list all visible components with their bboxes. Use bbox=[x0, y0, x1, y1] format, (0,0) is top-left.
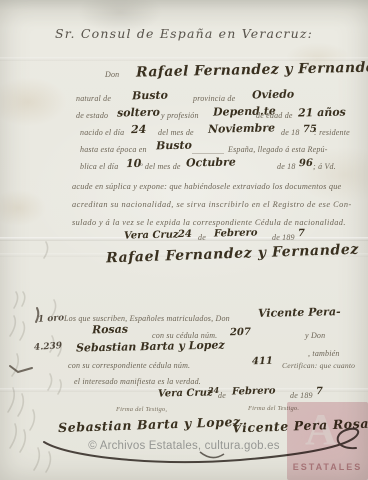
dateline-year: 7 bbox=[298, 228, 305, 239]
scanned-document-page: Sr. Consul de España en Veracruz: Don Ra… bbox=[0, 0, 368, 480]
label-residente: : residente bbox=[314, 128, 350, 137]
blank-rule bbox=[192, 153, 224, 154]
applicant-name: Rafael Fernandez y Fernandez bbox=[136, 59, 368, 80]
margin-note-2: 4.239 bbox=[34, 341, 63, 353]
province-entry: Oviedo bbox=[252, 88, 294, 102]
birth-day-entry: 24 bbox=[131, 123, 147, 136]
witness1-name-part1: Vicente Pera- bbox=[258, 305, 341, 320]
label-certifican: Certifican: que cuanto bbox=[282, 361, 355, 370]
birth-month-entry: Noviembre bbox=[208, 121, 275, 135]
label-a-vd: ; á Vd. bbox=[313, 162, 336, 171]
certificate-intro: Los que suscriben, Españoles matriculado… bbox=[64, 314, 230, 323]
label-de-edad-de: de edad de bbox=[256, 111, 293, 120]
dateline2-de-189: de 189 bbox=[290, 391, 313, 400]
birthplace-entry: Busto bbox=[132, 89, 168, 103]
label-hasta-esta-epoca: hasta esta época en bbox=[80, 145, 147, 154]
witness2-name-entry: Sebastian Barta y Lopez bbox=[76, 338, 225, 354]
margin-note-1: 1 oro bbox=[38, 313, 65, 325]
dateline-month: Febrero bbox=[214, 228, 258, 240]
dateline-place: Vera Cruz bbox=[124, 229, 179, 241]
dateline-de-189: de 189 bbox=[272, 233, 295, 242]
dateline2-de: de bbox=[218, 391, 226, 400]
label-nacido-el-dia: nacido el día bbox=[80, 128, 124, 137]
label-de-estado: de estado bbox=[76, 111, 108, 120]
applicant-signature: Rafael Fernandez y Fernandez bbox=[106, 242, 359, 267]
dateline-de: de bbox=[198, 233, 206, 242]
stamp-text: ESTATALES bbox=[287, 462, 368, 472]
dateline2-place: Vera Cruz bbox=[158, 387, 213, 399]
certificate-closing: el interesado manifiesta es la verdad. bbox=[74, 377, 201, 386]
archive-watermark: © Archivos Estatales, cultura.gob.es bbox=[0, 440, 368, 452]
label-provincia-de: provincia de bbox=[193, 94, 235, 103]
label-de-18-2: de 18 bbox=[277, 162, 296, 171]
body-line-2: acreditan su nacionalidad, se sirva insc… bbox=[72, 200, 352, 209]
edad-entry: 21 años bbox=[298, 106, 346, 120]
witness2-cedula-number: 411 bbox=[252, 356, 273, 367]
label-blica-el-dia: blica el día bbox=[80, 162, 118, 171]
label-espana-llegado: España, llegado á esta Repú- bbox=[228, 145, 328, 154]
label-firma-testigo-left: Firma del Testigo, bbox=[116, 406, 167, 413]
label-don: Don bbox=[105, 70, 119, 79]
label-del-mes-de: del mes de bbox=[158, 128, 194, 137]
body-line-1: acude en súplica y expone: que habiéndos… bbox=[72, 182, 341, 191]
arrival-month-entry: Octubre bbox=[186, 155, 236, 169]
witness1-cedula-number: 207 bbox=[230, 327, 251, 338]
estado-entry: soltero bbox=[117, 106, 160, 120]
dateline-day: 24 bbox=[178, 229, 192, 240]
label-y-don: y Don bbox=[305, 331, 325, 340]
label-del-mes-de-2: º del mes de bbox=[140, 162, 181, 171]
witness1-name-part2: Rosas bbox=[92, 323, 128, 337]
dateline2-year: 7 bbox=[316, 386, 323, 397]
label-de-18: de 18 bbox=[281, 128, 300, 137]
label-natural-de: natural de bbox=[76, 94, 111, 103]
dateline2-month: Febrero bbox=[232, 386, 276, 398]
label-y-profesion: y profesión bbox=[161, 111, 199, 120]
body-line-3: sulado y á la vez se le expida la corres… bbox=[72, 218, 346, 227]
arrival-year-entry: 96 bbox=[299, 158, 313, 169]
residence-entry: Busto bbox=[156, 139, 192, 153]
document-title: Sr. Consul de España en Veracruz: bbox=[0, 26, 368, 41]
witness-signature-left: Sebastian Barta y Lopez bbox=[58, 414, 241, 435]
label-con-correspondiente: con su correspondiente cédula núm. bbox=[68, 361, 190, 370]
label-tambien: , también bbox=[308, 349, 340, 358]
